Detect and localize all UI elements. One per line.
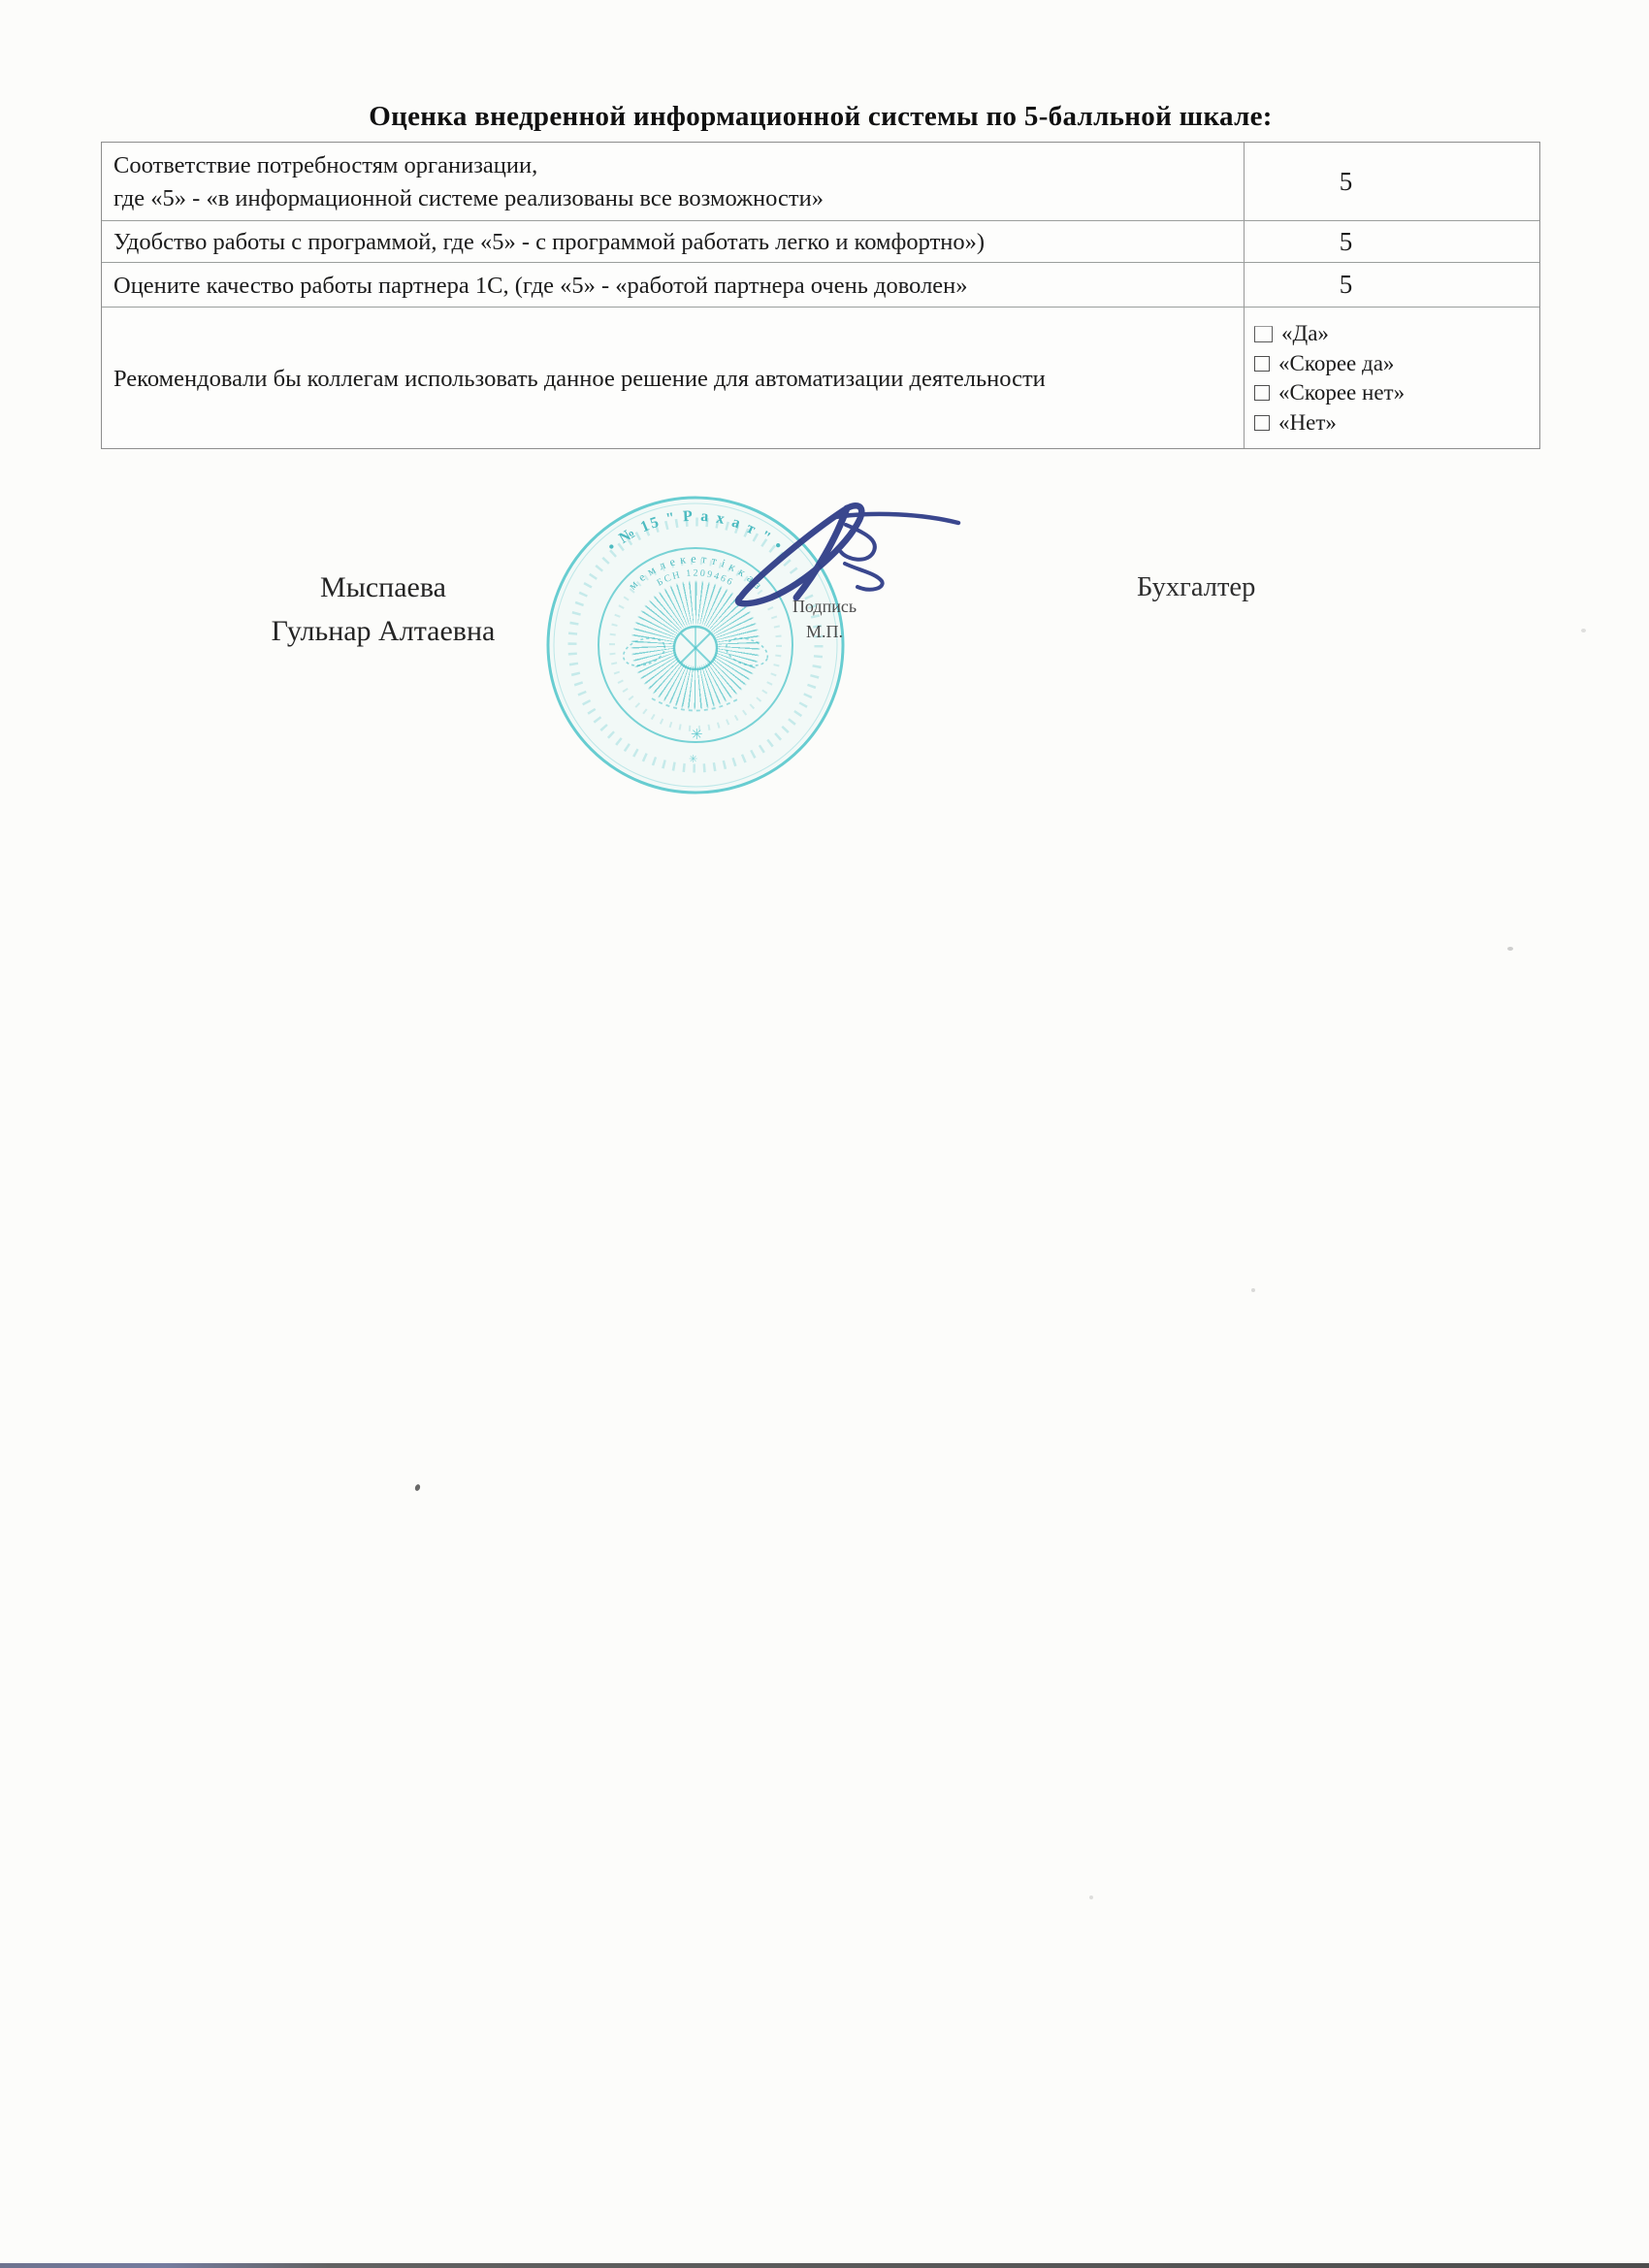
table-row: Соответствие потребностям организации, г… [102,143,1539,220]
star-icon: ✳ [691,728,703,743]
options-cell: «Да» «Скорее да» «Скорее нет» «Нет» [1245,308,1539,448]
scan-speck [1089,1895,1093,1899]
scan-speck [1507,947,1513,951]
question-cell: Оцените качество работы партнера 1С, (гд… [102,263,1245,307]
scan-speck [414,1483,421,1491]
scan-bottom-edge [0,2263,1649,2268]
option-row: «Да» [1254,319,1536,349]
option-label: «Да» [1281,319,1329,349]
signer-role: Бухгалтер [1137,572,1350,603]
table-row: Оцените качество работы партнера 1С, (гд… [102,262,1539,307]
option-label: «Скорее нет» [1278,378,1405,408]
question-cell: Соответствие потребностям организации, г… [102,143,1245,220]
signature-caption: Подпись [774,597,875,617]
rating-table: Соответствие потребностям организации, г… [101,142,1540,449]
score-value: 5 [1245,143,1539,220]
star-icon: ✳ [689,754,697,765]
option-label: «Скорее да» [1278,349,1394,379]
checkbox-icon [1254,356,1270,372]
option-row: «Нет» [1254,408,1536,438]
score-value: 5 [1245,221,1539,262]
question-line: Удобство работы с программой, где «5» - … [113,226,1230,259]
signer-name-line: Гульнар Алтаевна [231,609,535,653]
question-cell: Рекомендовали бы коллегам использовать д… [102,308,1245,448]
scan-speck [1251,1288,1255,1292]
signer-name: Мыспаева Гульнар Алтаевна [231,566,535,653]
page-title: Оценка внедренной информационной системы… [0,101,1641,133]
table-row: Удобство работы с программой, где «5» - … [102,220,1539,262]
scanned-document-page: Оценка внедренной информационной системы… [0,0,1649,2268]
checkbox-icon [1254,326,1273,342]
question-line: где «5» - «в информационной системе реал… [113,182,1230,215]
handwritten-signature [524,480,970,674]
score-value: 5 [1245,263,1539,307]
question-line: Оцените качество работы партнера 1С, (гд… [113,270,1230,303]
seal-caption: М.П. [774,622,875,642]
option-row: «Скорее да» [1254,349,1536,379]
scan-speck [1581,629,1586,632]
question-line: Рекомендовали бы коллегам использовать д… [113,363,1230,396]
checkbox-icon [1254,415,1270,431]
signer-name-line: Мыспаева [231,566,535,609]
table-row: Рекомендовали бы коллегам использовать д… [102,307,1539,448]
checkbox-icon [1254,385,1270,401]
option-label: «Нет» [1278,408,1337,438]
question-cell: Удобство работы с программой, где «5» - … [102,221,1245,262]
option-row: «Скорее нет» [1254,378,1536,408]
question-line: Соответствие потребностям организации, [113,149,1230,182]
